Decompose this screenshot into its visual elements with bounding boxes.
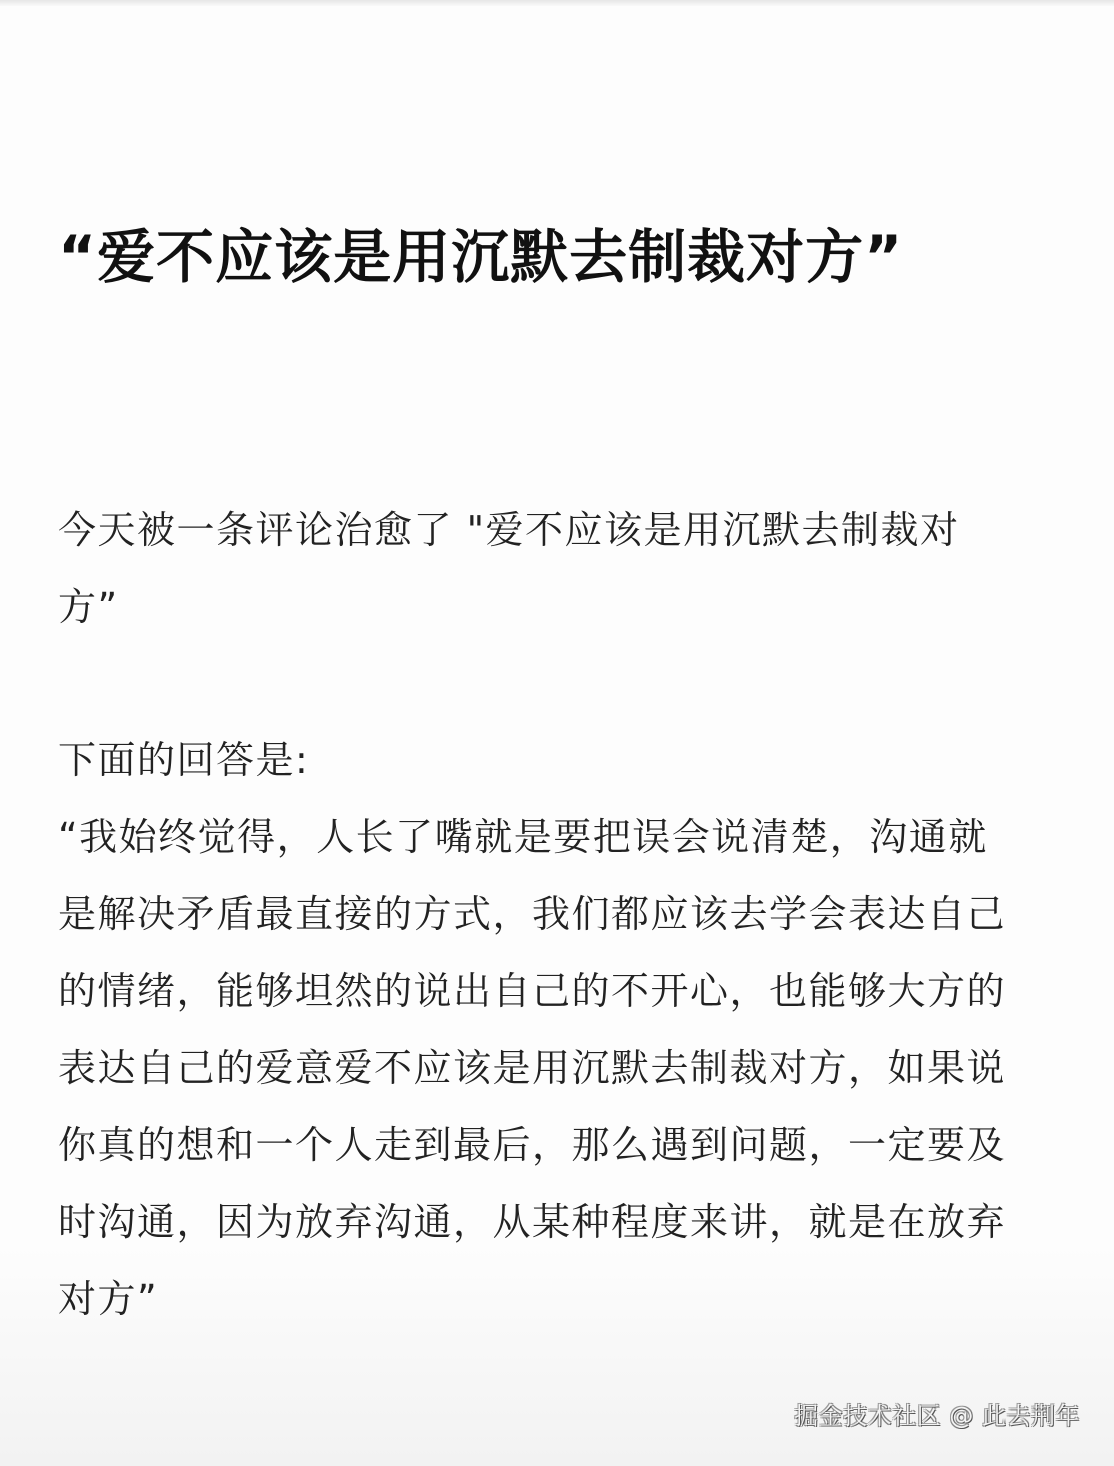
answer-label: 下面的回答是: [58,722,1058,799]
post-title: “爱不应该是用沉默去制裁对方” [58,222,1068,292]
quote-line: 你真的想和一个人走到最后，那么遇到问题，一定要及 [58,1107,1058,1184]
top-edge-shadow [0,0,1114,6]
intro-line: 方” [58,569,1058,646]
intro-line: 今天被一条评论治愈了 "爱不应该是用沉默去制裁对 [58,492,1058,569]
watermark: 掘金技术社区 @ 此去荆年 [794,1396,1080,1431]
quote-line: 表达自己的爱意爱不应该是用沉默去制裁对方，如果说 [58,1030,1058,1107]
quote-line: “我始终觉得，人长了嘴就是要把误会说清楚，沟通就 [58,799,1058,876]
intro-paragraph: 今天被一条评论治愈了 "爱不应该是用沉默去制裁对 方” [58,492,1058,646]
quote-line: 时沟通，因为放弃沟通，从某种程度来讲，就是在放弃 [58,1184,1058,1261]
answer-label-text: 下面的回答是: [58,722,1058,799]
answer-quote: “我始终觉得，人长了嘴就是要把误会说清楚，沟通就 是解决矛盾最直接的方式，我们都… [58,799,1058,1338]
quote-line: 的情绪，能够坦然的说出自己的不开心，也能够大方的 [58,953,1058,1030]
quote-line: 对方” [58,1261,1058,1338]
quote-line: 是解决矛盾最直接的方式，我们都应该去学会表达自己 [58,876,1058,953]
